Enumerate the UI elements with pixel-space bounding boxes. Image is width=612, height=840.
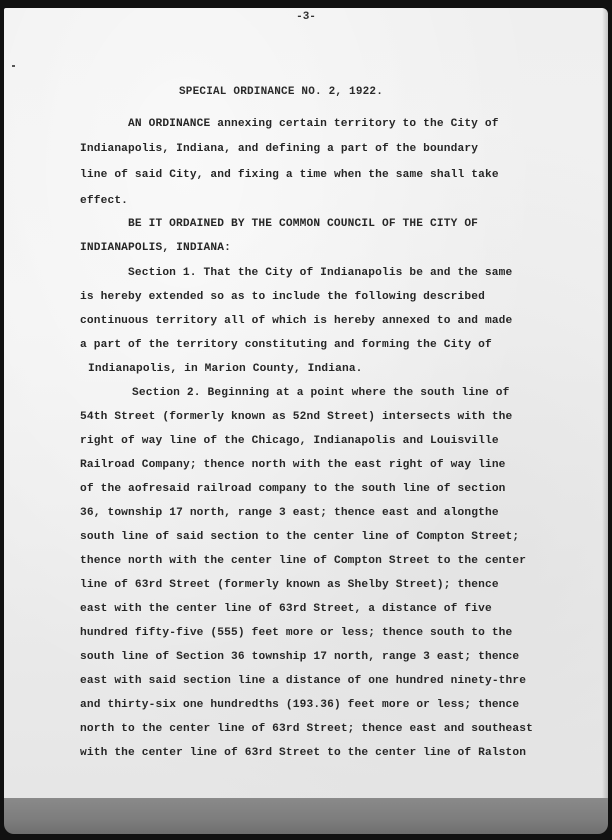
text-line: Railroad Company; thence north with the … (80, 459, 506, 471)
text-line: line of 63rd Street (formerly known as S… (80, 579, 499, 591)
text-line: south line of said section to the center… (80, 531, 519, 543)
text-line: is hereby extended so as to include the … (80, 291, 485, 303)
text-line: right of way line of the Chicago, Indian… (80, 435, 499, 447)
text-line: a part of the territory constituting and… (80, 339, 492, 351)
text-line: Section 2. Beginning at a point where th… (132, 387, 510, 399)
text-line: Indianapolis, in Marion County, Indiana. (88, 363, 363, 375)
stray-ink-mark (12, 65, 15, 67)
text-line: hundred fifty-five (555) feet more or le… (80, 627, 512, 639)
text-line: INDIANAPOLIS, INDIANA: (80, 242, 231, 254)
text-line: 54th Street (formerly known as 52nd Stre… (80, 411, 512, 423)
text-line: east with the center line of 63rd Street… (80, 603, 492, 615)
text-line: north to the center line of 63rd Street;… (80, 723, 533, 735)
text-line: south line of Section 36 township 17 nor… (80, 651, 519, 663)
page-number: -3- (4, 11, 608, 23)
text-line: thence north with the center line of Com… (80, 555, 526, 567)
text-line: and thirty-six one hundredths (193.36) f… (80, 699, 519, 711)
text-line: line of said City, and fixing a time whe… (80, 169, 499, 181)
text-line: BE IT ORDAINED BY THE COMMON COUNCIL OF … (128, 218, 478, 230)
scan-bottom-shadow (4, 798, 608, 834)
ordinance-title: SPECIAL ORDINANCE NO. 2, 1922. (179, 86, 383, 98)
text-line: Section 1. That the City of Indianapolis… (128, 267, 512, 279)
text-line: continuous territory all of which is her… (80, 315, 512, 327)
text-line: with the center line of 63rd Street to t… (80, 747, 526, 759)
text-line: effect. (80, 195, 128, 207)
text-line: of the aofresaid railroad company to the… (80, 483, 506, 495)
text-line: AN ORDINANCE annexing certain territory … (128, 118, 499, 130)
text-line: 36, township 17 north, range 3 east; the… (80, 507, 499, 519)
text-line: east with said section line a distance o… (80, 675, 526, 687)
text-line: Indianapolis, Indiana, and defining a pa… (80, 143, 478, 155)
document-page: -3- SPECIAL ORDINANCE NO. 2, 1922. AN OR… (4, 8, 608, 800)
